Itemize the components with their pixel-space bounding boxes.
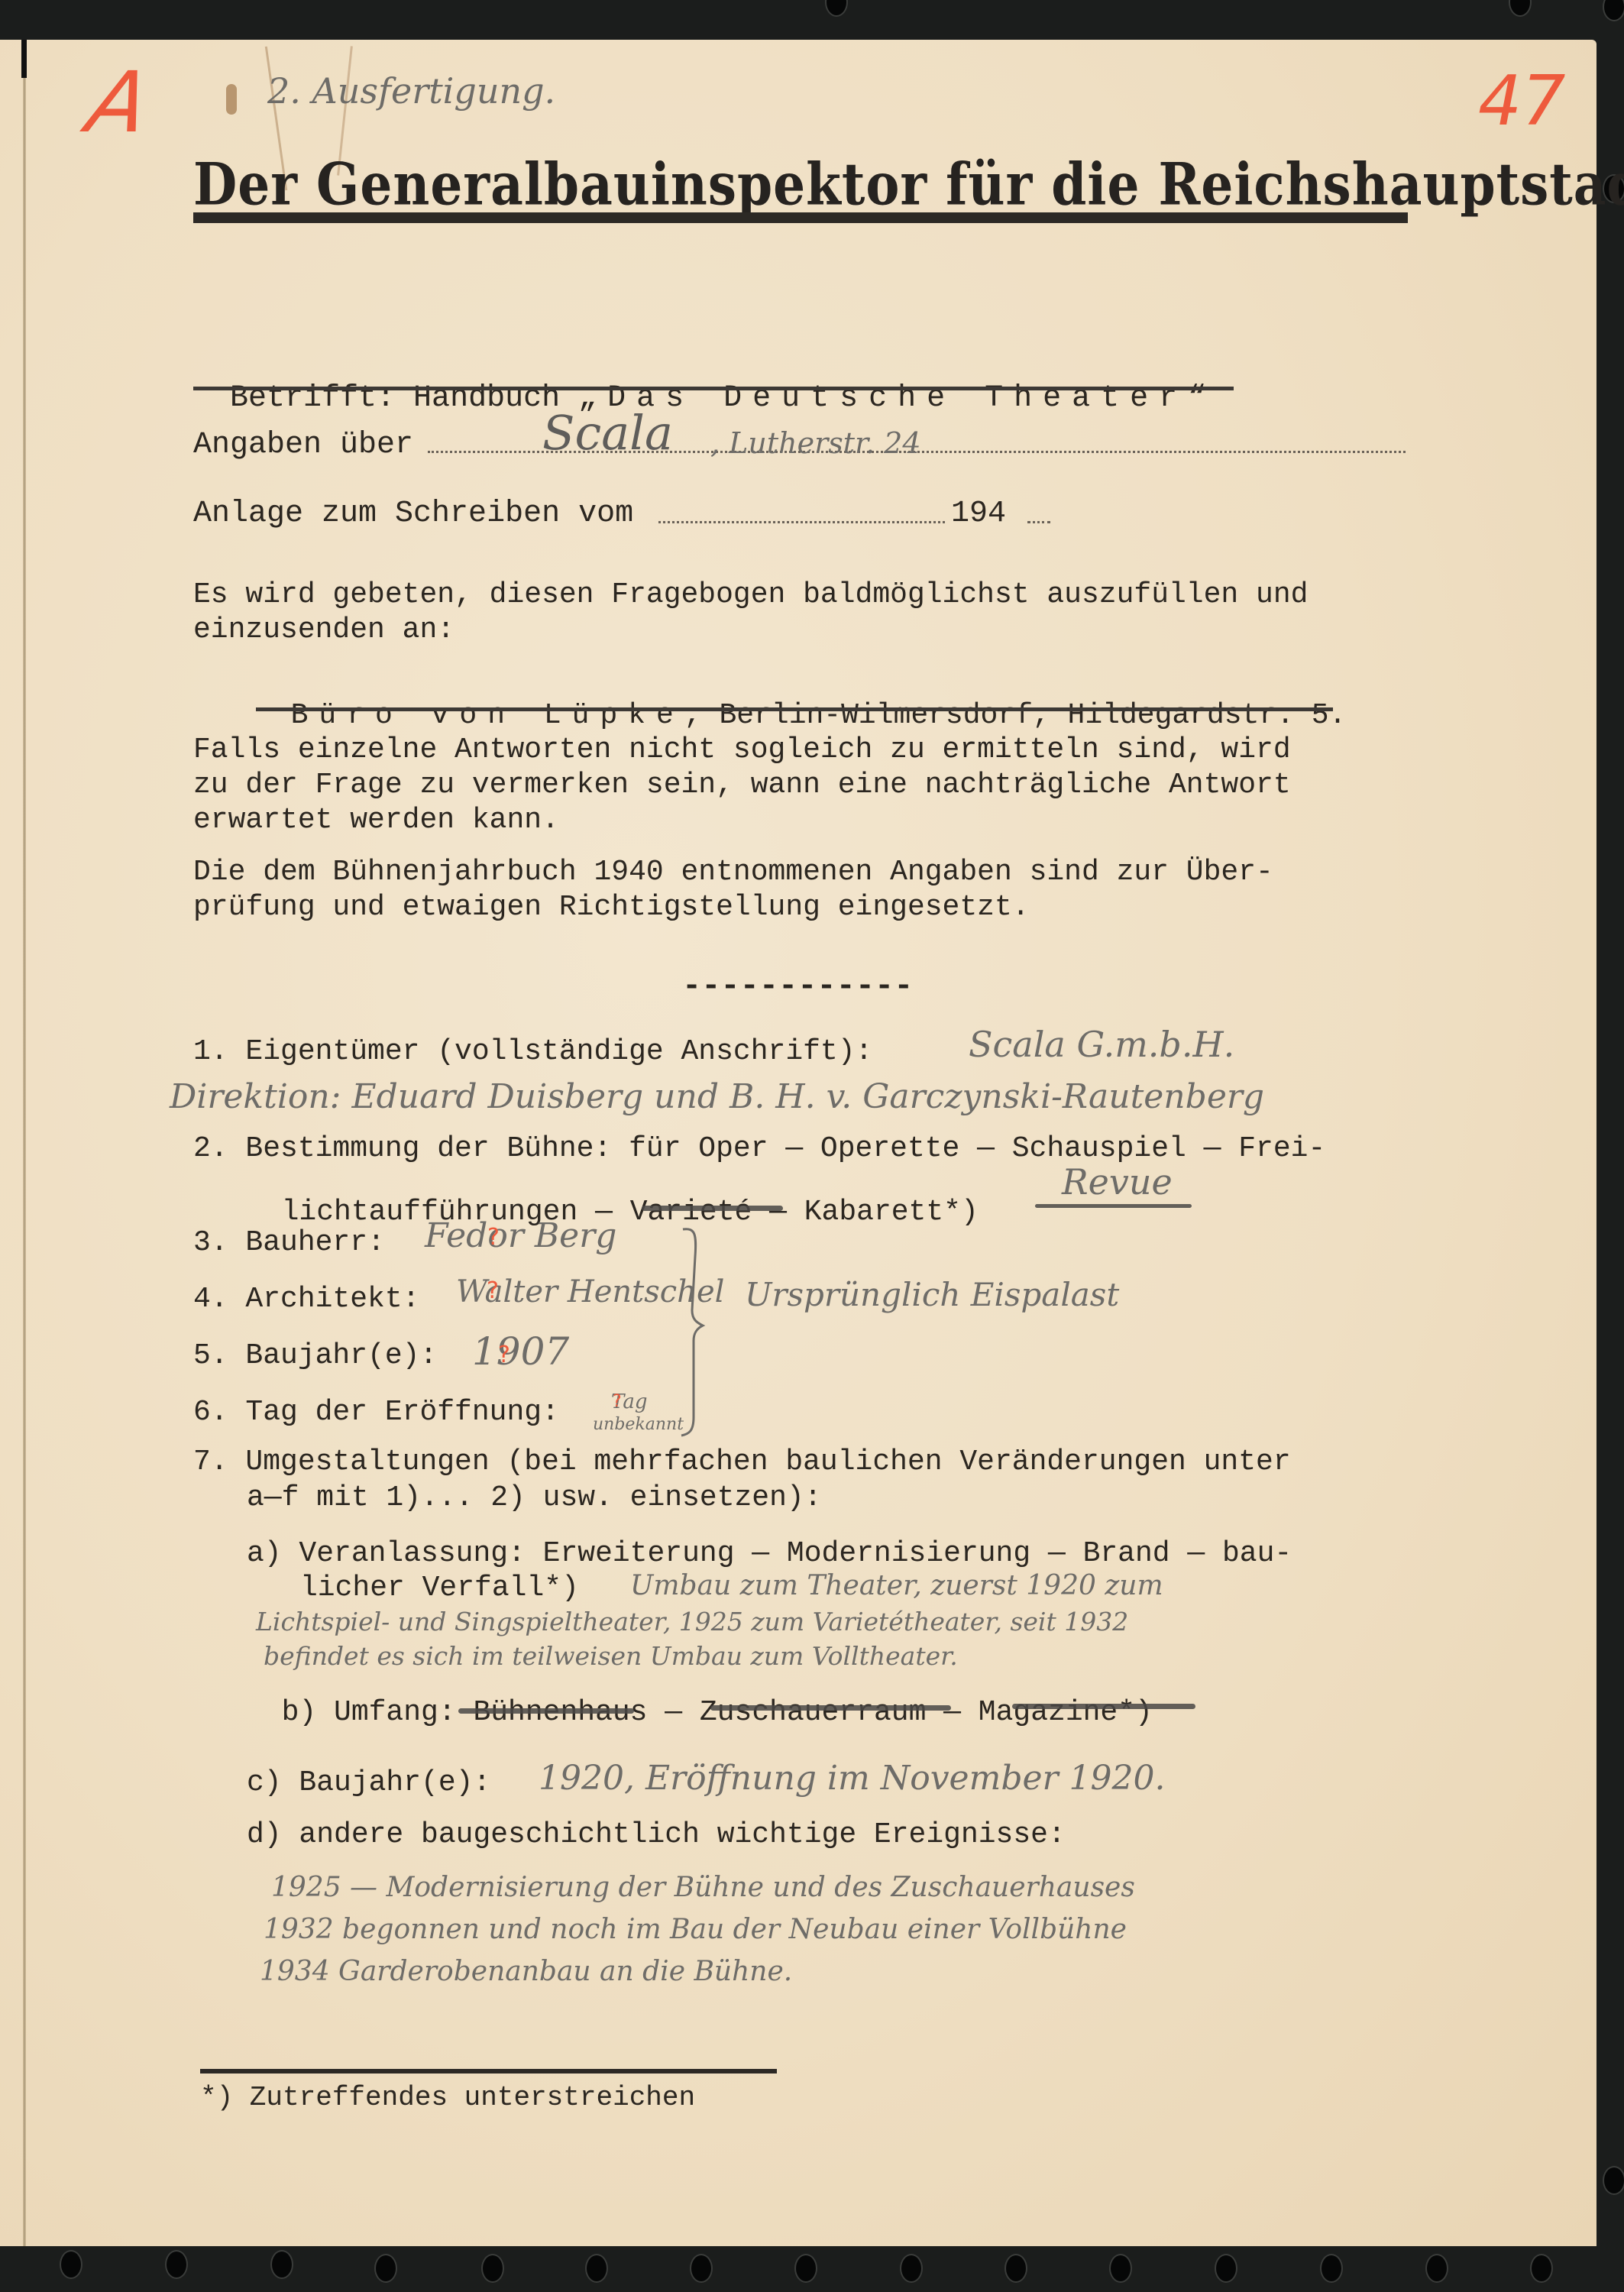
binder-hole [481, 2254, 504, 2283]
binder-hole [825, 0, 848, 17]
q7b-storage: Magazine [979, 1696, 1118, 1729]
attachment-year: 194 [951, 499, 1006, 529]
q1-owner-direction: Direktion: Eduard Duisberg und B. H. v. … [170, 1077, 1264, 1116]
address-office-name: Büro von Lüpke [291, 699, 684, 732]
q6-answer-line-2: unbekannt [593, 1415, 684, 1434]
q1-owner-answer: Scala G.m.b.H. [969, 1024, 1234, 1065]
binder-hole [794, 2254, 817, 2283]
pencil-brace [680, 1226, 710, 1440]
q7d-events-label: d) andere baugeschichtlich wichtige Erei… [247, 1821, 1066, 1850]
q7b-auditorium: Zuschauerraum [700, 1696, 926, 1729]
attachment-label: Anlage zum Schreiben vom [193, 499, 633, 529]
bracket-note-originally-ice-palace: Ursprünglich Eispalast [745, 1276, 1119, 1313]
q2-answer-revue: Revue [1062, 1161, 1173, 1203]
about-label: Angaben über [193, 430, 413, 461]
section-separator: ------------ [682, 970, 913, 1002]
about-value-address: , Lutherstr. 24 [710, 426, 921, 460]
binder-hole [900, 2254, 923, 2283]
q7b-prefix: b) Umfang: [282, 1696, 474, 1729]
binder-hole [1109, 2254, 1132, 2283]
q4-question-mark: ? [487, 1277, 499, 1304]
page-gutter [23, 40, 26, 2246]
source-line-1: Die dem Bühnenjahrbuch 1940 entnommenen … [193, 858, 1273, 887]
q2-revue-pencil-underline [1035, 1204, 1192, 1208]
q7d-answer-line-1: 1925 — Modernisierung der Bühne und des … [271, 1872, 1135, 1903]
q2-stage-purpose-line-1: 2. Bestimmung der Bühne: für Oper — Oper… [193, 1135, 1325, 1164]
q7-alterations-line-2: a—f mit 1)... 2) usw. einsetzen): [247, 1484, 822, 1513]
red-page-number: 47 [1478, 61, 1566, 141]
q7b-separator: — [926, 1696, 978, 1729]
q7d-answer-line-2: 1932 begonnen und noch im Bau der Neubau… [264, 1914, 1127, 1945]
rust-stain [226, 84, 237, 115]
note-line-3: erwartet werden kann. [193, 806, 559, 835]
binder-hole [585, 2254, 608, 2283]
letterhead-rule [193, 212, 1408, 223]
q2-variete-underlined: Varieté [630, 1196, 752, 1229]
footnote-rule [200, 2069, 777, 2073]
binder-hole [1004, 2254, 1027, 2283]
q7b-stage-house-underline [458, 1708, 634, 1714]
q6-opening-day-label: 6. Tag der Eröffnung: [193, 1398, 559, 1427]
q7c-year-answer: 1920, Eröffnung im November 1920. [539, 1759, 1166, 1798]
address-line: Büro von Lüpke, Berlin-Wilmersdorf, Hild… [256, 672, 1346, 730]
q1-owner-label: 1. Eigentümer (vollständige Anschrift): [193, 1038, 872, 1067]
binder-hole [1603, 2166, 1624, 2195]
attachment-date-dotted-field [658, 521, 945, 523]
address-underline [256, 707, 1333, 711]
binder-hole [165, 2250, 188, 2279]
q5-year-answer: 1907 [472, 1329, 569, 1374]
binder-hole [1320, 2254, 1343, 2283]
page-gutter-shadow [21, 40, 27, 78]
pencil-note-ausfertigung: 2. Ausfertigung. [267, 70, 555, 112]
q4-architect-label: 4. Architekt: [193, 1285, 419, 1314]
q7b-scope-line: b) Umfang: Bühnenhaus — Zuschauerraum — … [247, 1669, 1153, 1727]
q7c-year-label: c) Baujahr(e): [247, 1769, 490, 1798]
request-line-2: einzusenden an: [193, 616, 455, 645]
q7a-answer-line-1: Umbau zum Theater, zuerst 1920 zum [630, 1570, 1163, 1601]
binder-hole [1425, 2254, 1448, 2283]
letterhead-title: Der Generalbauinspektor für die Reichsha… [193, 150, 1408, 219]
binder-hole [1603, 0, 1624, 21]
source-line-2: prüfung und etwaigen Richtigstellung ein… [193, 893, 1030, 922]
q7a-answer-line-2: Lichtspiel- und Singspieltheater, 1925 z… [256, 1607, 1128, 1636]
note-line-2: zu der Frage zu vermerken sein, wann ein… [193, 771, 1291, 800]
attachment-year-dotted-field [1027, 521, 1050, 523]
q7a-reason-line-1: a) Veranlassung: Erweiterung — Modernisi… [247, 1539, 1292, 1568]
q7a-reason-line-2: licher Verfall*) [300, 1574, 579, 1603]
q7-alterations-line-1: 7. Umgestaltungen (bei mehrfachen baulic… [193, 1448, 1291, 1477]
q2-variete-pencil-underline [642, 1206, 783, 1211]
q3-builder-answer: Fedor Berg [425, 1216, 616, 1255]
binder-hole [60, 2250, 82, 2279]
q7b-suffix: *) [1118, 1696, 1153, 1729]
binder-hole [1530, 2254, 1553, 2283]
address-rest: , Berlin-Wilmersdorf, Hildegardstr. 5. [684, 699, 1347, 732]
subject-line: Betrifft: Handbuch „Das Deutsche Theater… [193, 353, 1217, 414]
q6-question-mark: ? [613, 1392, 622, 1411]
q3-builder-label: 3. Bauherr: [193, 1229, 385, 1258]
binder-hole [1215, 2254, 1237, 2283]
binder-hole [374, 2254, 397, 2283]
binder-hole [690, 2254, 713, 2283]
about-value-name: Scala [542, 405, 673, 461]
binder-hole [270, 2250, 293, 2279]
q7d-answer-line-3: 1934 Garderobenanbau an die Bühne. [260, 1956, 792, 1987]
q7a-answer-line-3: befindet es sich im teilweisen Umbau zum… [264, 1641, 958, 1671]
subject-underline [193, 387, 1234, 390]
q7b-auditorium-underline [710, 1705, 951, 1711]
footnote-text: *) Zutreffendes unterstreichen [200, 2084, 695, 2112]
q3-question-mark: ? [487, 1224, 500, 1251]
binder-hole [1509, 0, 1532, 17]
q7b-separator: — [648, 1696, 700, 1729]
q5-year-label: 5. Baujahr(e): [193, 1342, 437, 1371]
request-line-1: Es wird gebeten, diesen Fragebogen baldm… [193, 581, 1308, 610]
note-line-1: Falls einzelne Antworten nicht sogleich … [193, 736, 1291, 765]
q7b-storage-underline [1012, 1704, 1195, 1709]
q5-question-mark: ? [498, 1342, 510, 1368]
q2-text-rest: — Kabarett*) [752, 1196, 978, 1229]
